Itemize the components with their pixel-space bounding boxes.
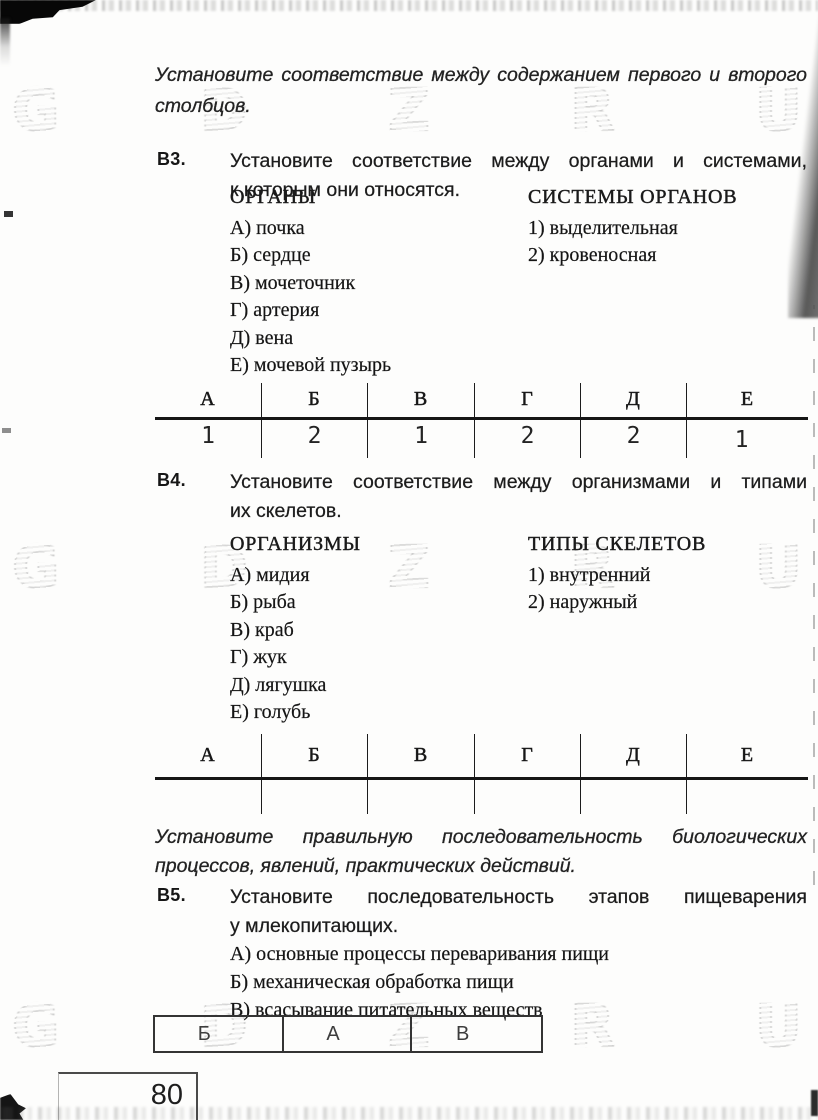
list-item: Б) сердце [230, 242, 391, 269]
list-item: В) краб [230, 617, 326, 644]
answer-column-header: А [155, 383, 261, 417]
scan-edge-noise-top [0, 0, 818, 11]
instruction-line: столбцов. [155, 91, 807, 122]
answer-column-header: Г [475, 734, 580, 777]
table-header-rule [155, 417, 808, 420]
list-item: А) почка [230, 215, 391, 242]
answer-column-header: Б [262, 734, 367, 777]
answer-column: В [368, 734, 475, 814]
workbook-scan-page: G D Z R U G D Z R U G D Z R U Установите… [0, 0, 818, 1120]
answer-cell: 2 [581, 417, 686, 458]
scan-corner-blob-top-left [0, 0, 96, 24]
task-b3-label: В3. [157, 149, 186, 170]
list-item: Г) жук [230, 644, 326, 671]
b4-skeleton-type-list: 1) внутренний 2) наружный [528, 562, 650, 617]
statement-line: Установите последовательность этапов пищ… [230, 883, 807, 912]
scan-speck [4, 211, 13, 217]
list-item: Д) лягушка [230, 672, 326, 699]
answer-column: Г 2 [475, 383, 581, 458]
instruction-sequence: Установите правильную последовательность… [155, 823, 807, 881]
task-b5-statement: Установите последовательность этапов пищ… [230, 883, 807, 940]
b3-system-list: 1) выделительная 2) кровеносная [528, 215, 678, 270]
task-b5-label: В5. [157, 885, 186, 906]
list-item: Е) мочевой пузырь [230, 352, 391, 379]
answer-cell: 2 [262, 417, 367, 458]
b3-organ-list: А) почка Б) сердце В) мочеточник Г) арте… [230, 215, 391, 379]
scan-edge-shadow-left [0, 18, 10, 66]
b5-answer-strip: Б А В [153, 1015, 543, 1053]
list-item: 1) внутренний [528, 562, 650, 589]
answer-column: А [155, 734, 262, 814]
instruction-line: Установите соответствие между содержание… [155, 60, 807, 91]
list-item: А) основные процессы переваривания пищи [230, 940, 609, 968]
answer-cell: 1 [368, 417, 474, 458]
answer-cell-empty [155, 777, 261, 814]
answer-cell-empty [687, 777, 808, 814]
answer-cell-empty [262, 777, 367, 814]
scan-speck [2, 428, 11, 433]
answer-column-header: Б [262, 383, 367, 417]
answer-cell: В [412, 1017, 541, 1051]
list-item: Б) механическая обработка пищи [230, 968, 609, 996]
instruction-matching: Установите соответствие между содержание… [155, 60, 807, 122]
b4-organism-list: А) мидия Б) рыба В) краб Г) жук Д) лягуш… [230, 562, 326, 726]
answer-column: Д 2 [581, 383, 687, 458]
answer-column-header: В [368, 734, 474, 777]
list-item: Г) артерия [230, 297, 391, 324]
answer-column-header: Г [475, 383, 580, 417]
statement-line: их скелетов. [230, 497, 807, 526]
answer-cell: А [284, 1017, 413, 1051]
page-number: 80 [151, 1079, 183, 1111]
answer-column-header: А [155, 734, 261, 777]
answer-cell-empty [368, 777, 474, 814]
b3-answer-table: А 1 Б 2 В 1 Г 2 Д 2 Е 1 [155, 383, 808, 458]
answer-column-header: Д [581, 383, 686, 417]
instruction-line: Установите правильную последовательность… [155, 823, 807, 852]
instruction-line: процессов, явлений, практических действи… [155, 852, 807, 881]
list-item: 2) наружный [528, 589, 650, 616]
statement-line: Установите соответствие между организмам… [230, 468, 807, 497]
answer-column: Е 1 [687, 383, 808, 458]
b5-step-list: А) основные процессы переваривания пищи … [230, 940, 609, 1024]
statement-line: у млекопитающих. [230, 912, 807, 941]
answer-cell: 1 [155, 417, 261, 458]
answer-column: Д [581, 734, 687, 814]
answer-cell: 2 [475, 417, 580, 458]
answer-cell: Б [155, 1017, 284, 1051]
page-number-box: 80 [58, 1072, 198, 1120]
answer-column: Б [262, 734, 368, 814]
answer-cell-empty [475, 777, 580, 814]
task-b4-label: В4. [157, 470, 186, 491]
answer-column: Е [687, 734, 808, 814]
answer-cell-empty [581, 777, 686, 814]
b4-answer-table: А Б В Г Д Е [155, 734, 808, 814]
answer-column: Г [475, 734, 581, 814]
list-item: Е) голубь [230, 699, 326, 726]
answer-column-header: В [368, 383, 474, 417]
answer-column-header: Д [581, 734, 686, 777]
list-item: 1) выделительная [528, 215, 678, 242]
scan-edge-line-right [813, 305, 815, 885]
b3-right-column-header: СИСТЕМЫ ОРГАНОВ [528, 186, 737, 209]
task-b4-statement: Установите соответствие между организмам… [230, 468, 807, 525]
list-item: Д) вена [230, 325, 391, 352]
answer-column: В 1 [368, 383, 475, 458]
b3-left-column-header: ОРГАНЫ [230, 186, 316, 209]
table-header-rule [155, 777, 808, 780]
list-item: Б) рыба [230, 589, 326, 616]
statement-line: Установите соответствие между органами и… [230, 147, 807, 176]
answer-cell: 1 [681, 421, 802, 462]
list-item: 2) кровеносная [528, 242, 678, 269]
b4-right-column-header: ТИПЫ СКЕЛЕТОВ [528, 533, 706, 556]
answer-column-header: Е [687, 734, 808, 777]
list-item: В) мочеточник [230, 270, 391, 297]
answer-column-header: Е [687, 383, 808, 417]
list-item: А) мидия [230, 562, 326, 589]
answer-column: Б 2 [262, 383, 368, 458]
answer-column: А 1 [155, 383, 262, 458]
b4-left-column-header: ОРГАНИЗМЫ [230, 533, 361, 556]
